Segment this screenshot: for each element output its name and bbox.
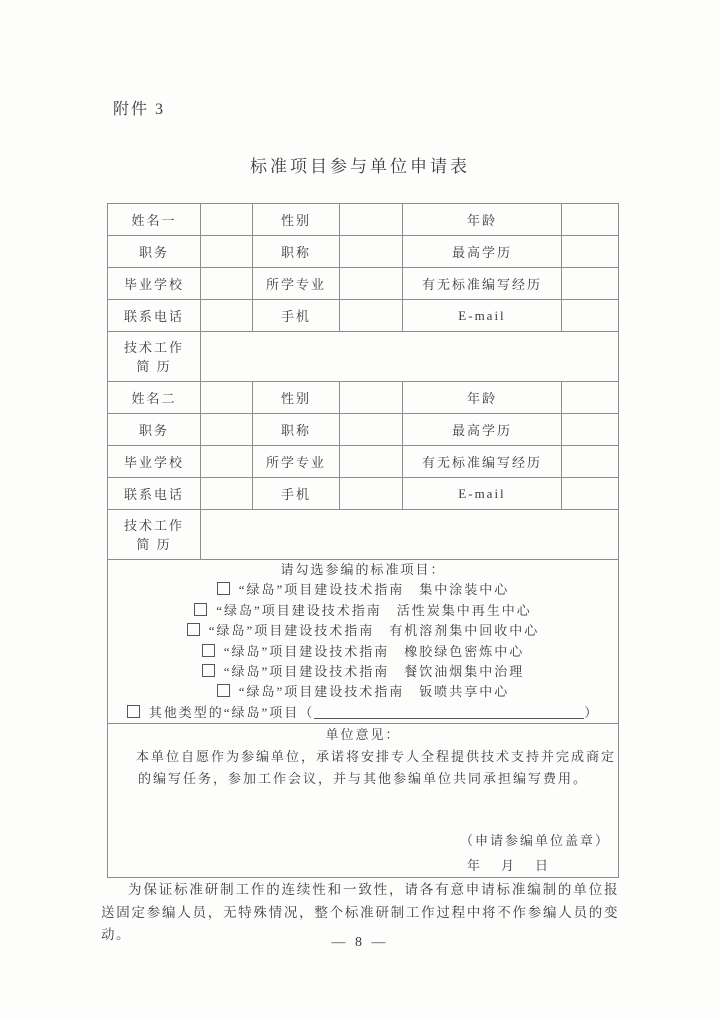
- field-value-cell: [340, 414, 403, 446]
- field-value-cell: [562, 236, 619, 268]
- checkbox-icon: [202, 664, 215, 677]
- field-label-cell: 性别: [253, 204, 340, 236]
- checklist-item: “绿岛”项目建设技术指南 活性炭集中再生中心: [108, 601, 618, 621]
- field-label-cell: 所学专业: [253, 268, 340, 300]
- field-value-cell: [340, 204, 403, 236]
- field-value-cell: [340, 300, 403, 332]
- field-value-cell: [201, 300, 253, 332]
- field-value-cell: [340, 478, 403, 510]
- checklist-item-label: “绿岛”项目建设技术指南 橡胶绿色密炼中心: [224, 644, 525, 659]
- checklist-prompt: 请勾选参编的标准项目：: [108, 560, 618, 580]
- date-line: 年 月 日: [108, 855, 618, 877]
- document-page: 附件 3 标准项目参与单位申请表 姓名一 性别 年龄 职务 职称 最高学历: [0, 0, 720, 1019]
- application-table: 姓名一 性别 年龄 职务 职称 最高学历 毕业学校 所学专业 有无标准编: [107, 203, 619, 878]
- checklist-item-other: 其他类型的“绿岛”项目（）: [108, 703, 618, 723]
- field-label-cell: 手机: [253, 478, 340, 510]
- field-label-cell: 所学专业: [253, 446, 340, 478]
- field-label-cell: 年龄: [403, 382, 562, 414]
- field-value-cell: [562, 446, 619, 478]
- resume-value-cell: [201, 332, 619, 382]
- field-label-cell: 有无标准编写经历: [403, 268, 562, 300]
- field-label-cell: 有无标准编写经历: [403, 446, 562, 478]
- resume-label-cell: 技术工作 简 历: [108, 510, 201, 560]
- form-title: 标准项目参与单位申请表: [0, 152, 720, 177]
- field-label-cell: 联系电话: [108, 300, 201, 332]
- field-label-cell: 姓名二: [108, 382, 201, 414]
- field-value-cell: [201, 204, 253, 236]
- field-label-cell: 毕业学校: [108, 268, 201, 300]
- table-row: 请勾选参编的标准项目： “绿岛”项目建设技术指南 集中涂装中心 “绿岛”项目建设…: [108, 560, 619, 724]
- seal-hint: （申请参编单位盖章）: [108, 830, 618, 852]
- table-row: 姓名二 性别 年龄: [108, 382, 619, 414]
- checklist-item: “绿岛”项目建设技术指南 有机溶剂集中回收中心: [108, 621, 618, 641]
- checklist-item: “绿岛”项目建设技术指南 橡胶绿色密炼中心: [108, 642, 618, 662]
- field-value-cell: [340, 268, 403, 300]
- field-label-cell: E-mail: [403, 300, 562, 332]
- checkbox-icon: [217, 582, 230, 595]
- table-row: 职务 职称 最高学历: [108, 414, 619, 446]
- checkbox-icon: [187, 623, 200, 636]
- attachment-label: 附件 3: [113, 96, 165, 119]
- table-row: 职务 职称 最高学历: [108, 236, 619, 268]
- field-value-cell: [201, 446, 253, 478]
- field-label-cell: 手机: [253, 300, 340, 332]
- resume-label-cell: 技术工作 简 历: [108, 332, 201, 382]
- field-value-cell: [562, 478, 619, 510]
- field-label-cell: 最高学历: [403, 236, 562, 268]
- checklist-item-label: “绿岛”项目建设技术指南 钣喷共享中心: [239, 684, 510, 699]
- table-row: 技术工作 简 历: [108, 510, 619, 560]
- other-item-blank-line: [314, 705, 584, 719]
- field-value-cell: [562, 300, 619, 332]
- field-value-cell: [562, 204, 619, 236]
- page-number: — 8 —: [0, 935, 720, 951]
- checkbox-icon: [127, 705, 140, 718]
- checklist-item-label: “绿岛”项目建设技术指南 活性炭集中再生中心: [216, 603, 532, 618]
- field-value-cell: [562, 268, 619, 300]
- checkbox-icon: [202, 644, 215, 657]
- table-row: 联系电话 手机 E-mail: [108, 478, 619, 510]
- table-row: 姓名一 性别 年龄: [108, 204, 619, 236]
- resume-value-cell: [201, 510, 619, 560]
- field-value-cell: [340, 236, 403, 268]
- checklist-item: “绿岛”项目建设技术指南 钣喷共享中心: [108, 682, 618, 702]
- field-label-cell: 职称: [253, 414, 340, 446]
- field-value-cell: [201, 268, 253, 300]
- table-row: 毕业学校 所学专业 有无标准编写经历: [108, 268, 619, 300]
- table-row: 单位意见： 本单位自愿作为参编单位，承诺将安排专人全程提供技术支持并完成商定的编…: [108, 724, 619, 878]
- checkbox-icon: [217, 684, 230, 697]
- field-value-cell: [201, 382, 253, 414]
- checklist-item: “绿岛”项目建设技术指南 餐饮油烟集中治理: [108, 662, 618, 682]
- field-value-cell: [340, 382, 403, 414]
- field-label-cell: 性别: [253, 382, 340, 414]
- field-value-cell: [201, 414, 253, 446]
- checkbox-icon: [194, 603, 207, 616]
- field-label-cell: 姓名一: [108, 204, 201, 236]
- checklist-item-label: “绿岛”项目建设技术指南 餐饮油烟集中治理: [224, 664, 525, 679]
- field-value-cell: [562, 414, 619, 446]
- field-label-cell: 毕业学校: [108, 446, 201, 478]
- field-label-cell: E-mail: [403, 478, 562, 510]
- checklist-item-label: 其他类型的“绿岛”项目（: [149, 705, 315, 720]
- field-label-cell: 年龄: [403, 204, 562, 236]
- field-value-cell: [340, 446, 403, 478]
- opinion-body: 本单位自愿作为参编单位，承诺将安排专人全程提供技术支持并完成商定的编写任务，参加…: [108, 746, 618, 790]
- checklist-cell: 请勾选参编的标准项目： “绿岛”项目建设技术指南 集中涂装中心 “绿岛”项目建设…: [108, 560, 619, 724]
- opinion-cell: 单位意见： 本单位自愿作为参编单位，承诺将安排专人全程提供技术支持并完成商定的编…: [108, 724, 619, 878]
- checklist-item-close: ）: [584, 705, 599, 720]
- checklist-item-label: “绿岛”项目建设技术指南 集中涂装中心: [239, 582, 510, 597]
- field-value-cell: [201, 478, 253, 510]
- field-label-cell: 职务: [108, 414, 201, 446]
- checklist-item-label: “绿岛”项目建设技术指南 有机溶剂集中回收中心: [209, 623, 540, 638]
- field-label-cell: 职务: [108, 236, 201, 268]
- opinion-label: 单位意见：: [108, 724, 618, 746]
- field-value-cell: [562, 382, 619, 414]
- table-row: 技术工作 简 历: [108, 332, 619, 382]
- field-label-cell: 职称: [253, 236, 340, 268]
- checklist-item: “绿岛”项目建设技术指南 集中涂装中心: [108, 580, 618, 600]
- table-row: 联系电话 手机 E-mail: [108, 300, 619, 332]
- field-label-cell: 最高学历: [403, 414, 562, 446]
- field-value-cell: [201, 236, 253, 268]
- field-label-cell: 联系电话: [108, 478, 201, 510]
- table-row: 毕业学校 所学专业 有无标准编写经历: [108, 446, 619, 478]
